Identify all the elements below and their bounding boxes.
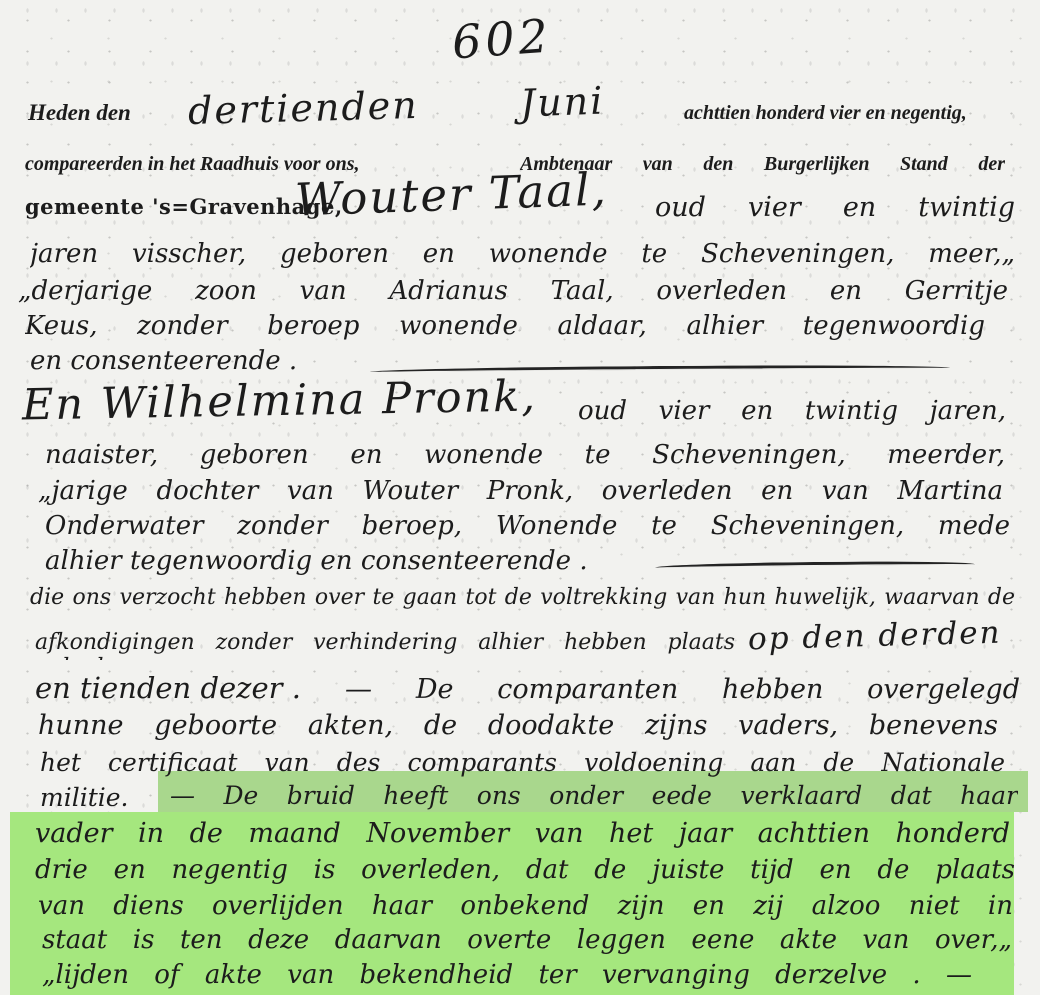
- groom-name: Wouter Taal,: [294, 163, 608, 227]
- highlighted-declaration-line: — De bruid heeft ons onder eede verklaar…: [170, 781, 1018, 810]
- document-line: Keus, zonder beroep wonende aldaar, alhi…: [25, 311, 985, 341]
- marriage-record-scan: 602 Heden den dertienden Juni achttien h…: [0, 0, 1040, 995]
- document-line: naaister, geboren en wonende te Scheveni…: [45, 440, 1005, 470]
- document-line: alhier tegenwoordig en consenteerende .: [45, 546, 588, 576]
- document-line: jaren visscher, geboren en wonende te Sc…: [30, 239, 1015, 269]
- printed-heden-den: Heden den: [28, 100, 131, 126]
- dash-rule: [370, 364, 950, 372]
- groom-age: oud vier en twintig: [655, 192, 1015, 223]
- document-line: „derjarige zoon van Adrianus Taal, overl…: [18, 276, 1008, 306]
- dash-rule: [655, 560, 975, 567]
- document-line: hunne geboorte akten, de doodakte zijns …: [38, 710, 998, 741]
- document-line: het certificaat van des comparants voldo…: [40, 748, 1005, 777]
- month-word: Juni: [519, 79, 605, 126]
- highlighted-declaration-line: drie en negentig is overleden, dat de ju…: [35, 855, 1015, 885]
- bride-name: En Wilhelmina Pronk,: [22, 372, 538, 431]
- highlighted-declaration-line: „lijden of akte van bekendheid ter verva…: [42, 960, 972, 990]
- document-line: die ons verzocht hebben over te gaan tot…: [30, 585, 1015, 610]
- page-number: 602: [450, 9, 553, 70]
- document-line: afkondigingen zonder verhindering alhier…: [35, 630, 735, 660]
- document-line: „jarige dochter van Wouter Pronk, overle…: [38, 476, 1003, 506]
- highlighted-declaration-line: staat is ten deze daarvan overte leggen …: [42, 925, 1012, 955]
- document-line: Onderwater zonder beroep, Wonende te Sch…: [45, 511, 1010, 541]
- day-word: dertienden: [187, 83, 419, 133]
- document-line: en consenteerende .: [30, 346, 297, 376]
- proclamation-date: op den derden: [748, 615, 1002, 658]
- document-line: — De comparanten hebben overgelegd: [345, 674, 1020, 705]
- highlighted-declaration-line: vader in de maand November van het jaar …: [35, 818, 1010, 849]
- proclamation-date-2: en tienden dezer .: [35, 671, 301, 705]
- highlighted-declaration-line: van diens overlijden haar onbekend zijn …: [38, 891, 1013, 921]
- bride-age: oud vier en twintig jaren,: [578, 396, 1006, 426]
- document-line: militie.: [40, 783, 128, 812]
- printed-year: achttien honderd vier en negentig,: [684, 102, 967, 125]
